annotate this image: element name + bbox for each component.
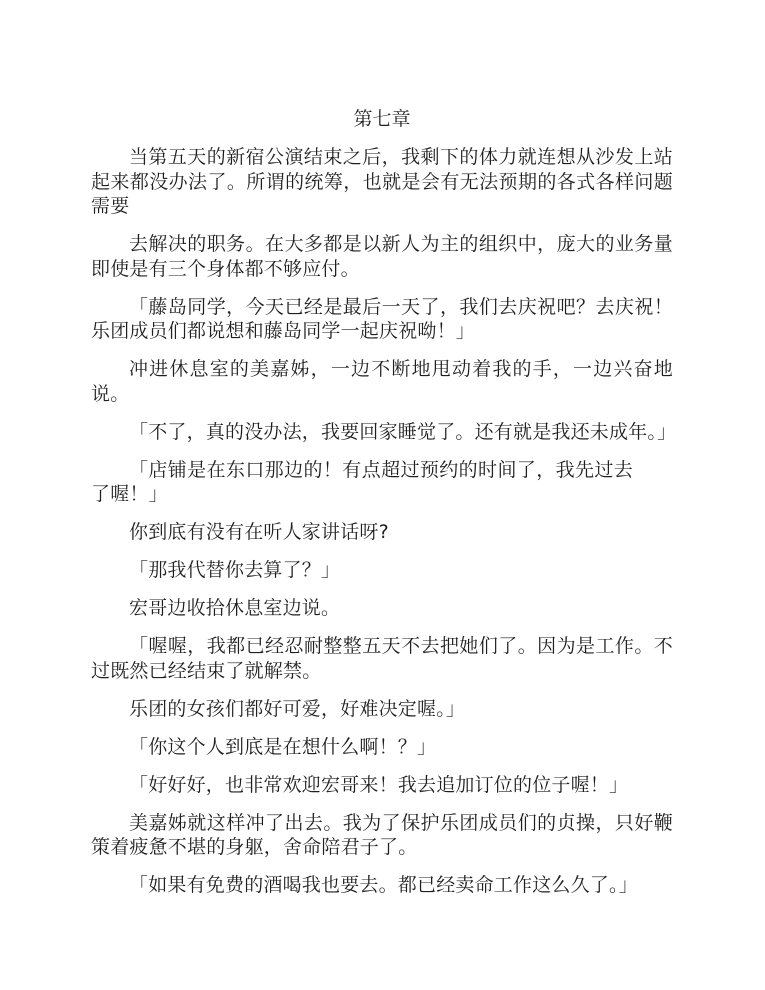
paragraph: 「店铺是在东口那边的！有点超过预约的时间了，我先过去了喔！」 bbox=[91, 458, 673, 507]
paragraph: 去解决的职务。在大多都是以新人为主的组织中，庞大的业务量即使是有三个身体都不够应… bbox=[91, 232, 673, 281]
paragraph: 「喔喔，我都已经忍耐整整五天不去把她们了。因为是工作。不过既然已经结束了就解禁。 bbox=[91, 634, 673, 683]
paragraph: 「如果有免费的酒喝我也要去。都已经卖命工作这么久了。」 bbox=[91, 873, 673, 898]
paragraph: 「不了，真的没办法，我要回家睡觉了。还有就是我还未成年。」 bbox=[91, 420, 673, 445]
paragraph: 宏哥边收拾休息室边说。 bbox=[91, 596, 673, 621]
paragraph: 「好好好，也非常欢迎宏哥来！我去追加订位的位子喔！」 bbox=[91, 773, 673, 798]
paragraph: 「那我代替你去算了？」 bbox=[91, 558, 673, 583]
chapter-title: 第七章 bbox=[91, 106, 673, 132]
document-page: 第七章 当第五天的新宿公演结束之后，我剩下的体力就连想从沙发上站起来都没办法了。… bbox=[91, 106, 673, 911]
paragraph: 「藤岛同学，今天已经是最后一天了，我们去庆祝吧？去庆祝！乐团成员们都说想和藤岛同… bbox=[91, 295, 673, 344]
paragraph: 美嘉姊就这样冲了出去。我为了保护乐团成员们的贞操，只好鞭策着疲惫不堪的身躯，舍命… bbox=[91, 811, 673, 860]
paragraph: 乐团的女孩们都好可爱，好难决定喔。」 bbox=[91, 697, 673, 722]
paragraph: 你到底有没有在听人家讲话呀? bbox=[91, 520, 673, 545]
paragraph: 当第五天的新宿公演结束之后，我剩下的体力就连想从沙发上站起来都没办法了。所谓的统… bbox=[91, 145, 673, 219]
paragraph: 冲进休息室的美嘉姊，一边不断地甩动着我的手，一边兴奋地说。 bbox=[91, 357, 673, 406]
paragraph: 「你这个人到底是在想什么啊！？」 bbox=[91, 735, 673, 760]
